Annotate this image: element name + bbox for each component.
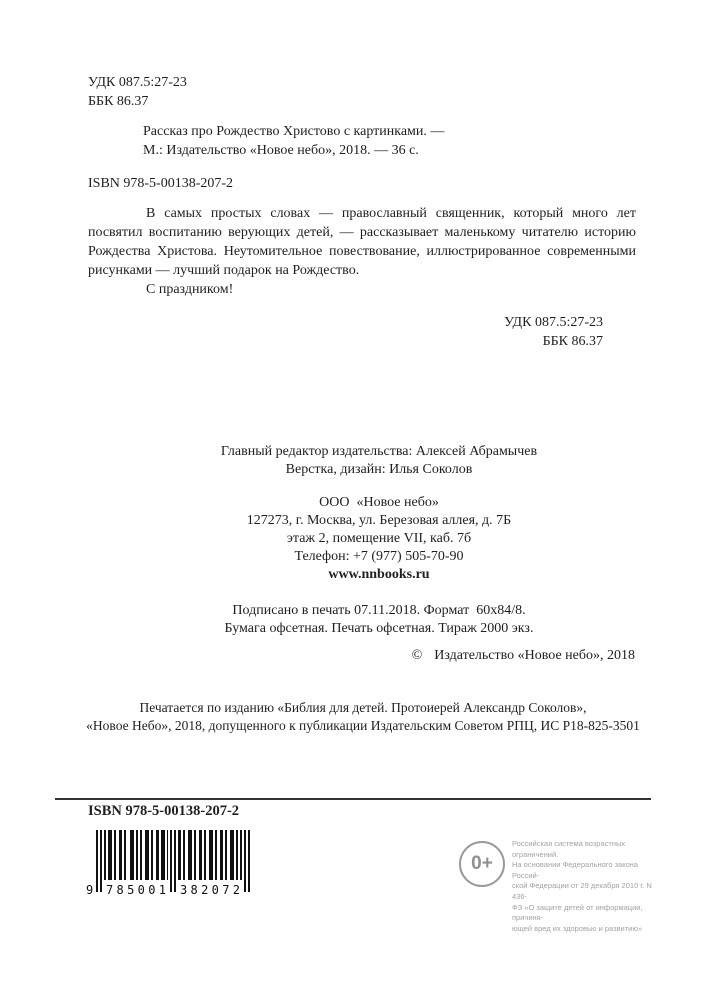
copyright-line: ©Издательство «Новое небо», 2018 <box>300 647 635 665</box>
classification-top: УДК 087.5:27-23 ББК 86.37 <box>88 73 187 111</box>
print-line-1: Подписано в печать 07.11.2018. Формат 60… <box>88 602 670 620</box>
address-line-1: 127273, г. Москва, ул. Березовая аллея, … <box>88 512 670 530</box>
edition-line-2: «Новое Небо», 2018, допущенного к публик… <box>48 717 678 735</box>
bbk-right: ББК 86.37 <box>400 332 603 351</box>
print-info-block: Подписано в печать 07.11.2018. Формат 60… <box>88 602 670 638</box>
classification-right: УДК 087.5:27-23 ББК 86.37 <box>400 313 603 351</box>
greeting-text: С праздником! <box>88 280 636 299</box>
phone-line: Телефон: +7 (977) 505-70-90 <box>88 548 670 566</box>
editor-line: Главный редактор издательства: Алексей А… <box>88 443 670 461</box>
copyright-text: Издательство «Новое небо», 2018 <box>434 648 635 663</box>
website-url: www.nnbooks.ru <box>88 566 670 584</box>
udk-right: УДК 087.5:27-23 <box>400 313 603 332</box>
barcode-graphic: 9 785001 382072 <box>86 830 256 900</box>
ean13-barcode: 9 785001 382072 <box>86 830 256 905</box>
age-rating-label: 0+ <box>471 853 493 875</box>
age-rating-badge: 0+ <box>459 841 505 887</box>
bib-line-2: М.: Издательство «Новое небо», 2018. — 3… <box>143 141 444 160</box>
copyright-symbol: © <box>412 648 423 663</box>
separator-rule <box>55 798 651 800</box>
barcode-digit-lead: 9 <box>86 883 93 897</box>
publisher-contact-block: ООО «Новое небо» 127273, г. Москва, ул. … <box>88 494 670 584</box>
design-line: Верстка, дизайн: Илья Соколов <box>88 461 670 479</box>
age-legal-line: ющей вред их здоровью и развитию» <box>512 924 664 935</box>
bbk-top: ББК 86.37 <box>88 92 187 111</box>
age-legal-line: На основании Федерального закона Россий- <box>512 860 664 881</box>
barcode-digits-left: 785001 <box>106 883 166 897</box>
barcode-digits-right: 382072 <box>180 883 240 897</box>
isbn-top: ISBN 978-5-00138-207-2 <box>88 174 233 193</box>
print-line-2: Бумага офсетная. Печать офсетная. Тираж … <box>88 620 670 638</box>
address-line-2: этаж 2, помещение VII, каб. 7б <box>88 530 670 548</box>
edition-line-1: Печатается по изданию «Библия для детей.… <box>48 699 678 717</box>
udk-top: УДК 087.5:27-23 <box>88 73 187 92</box>
imprint-page: УДК 087.5:27-23 ББК 86.37 Рассказ про Ро… <box>0 0 706 1000</box>
age-legal-line: Российская система возрастных ограничени… <box>512 839 664 860</box>
annotation-block: В самых простых словах — православный св… <box>88 204 636 299</box>
age-legal-note: Российская система возрастных ограничени… <box>512 839 664 934</box>
staff-block: Главный редактор издательства: Алексей А… <box>88 443 670 479</box>
bibliographic-entry: Рассказ про Рождество Христово с картинк… <box>143 122 444 160</box>
age-legal-line: ской Федерации от 29 декабря 2010 г. N 4… <box>512 881 664 902</box>
annotation-text: В самых простых словах — православный св… <box>88 204 636 280</box>
company-name: ООО «Новое небо» <box>88 494 670 512</box>
bib-line-1: Рассказ про Рождество Христово с картинк… <box>143 122 444 141</box>
isbn-bottom: ISBN 978-5-00138-207-2 <box>88 803 239 820</box>
edition-note: Печатается по изданию «Библия для детей.… <box>48 699 678 735</box>
age-legal-line: ФЗ «О защите детей от информации, причин… <box>512 903 664 924</box>
